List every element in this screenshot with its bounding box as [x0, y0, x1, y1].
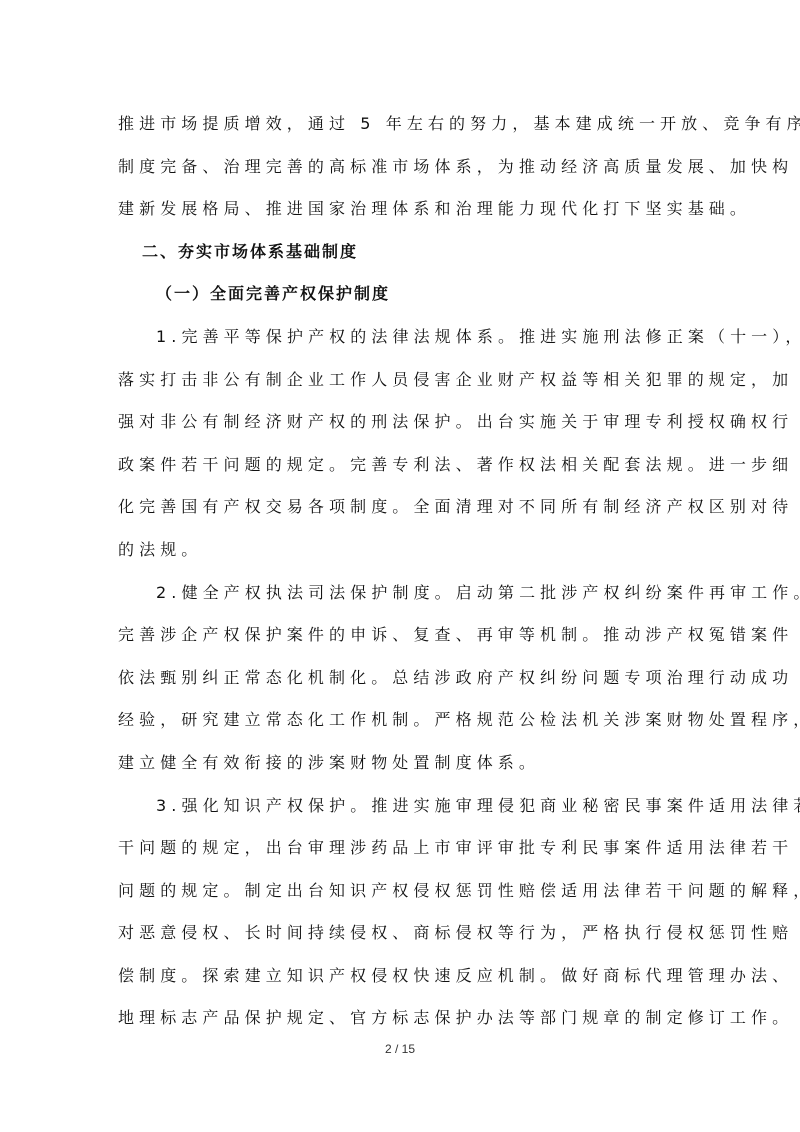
text-line: 对恶意侵权、长时间持续侵权、商标侵权等行为，严格执行侵权惩罚性赔 — [118, 912, 684, 955]
paragraph-intro-continued: 推进市场提质增效，通过 5 年左右的努力，基本建成统一开放、竞争有序、 制度完备… — [118, 103, 684, 231]
text-line: 问题的规定。制定出台知识产权侵权惩罚性赔偿适用法律若干问题的解释， — [118, 870, 684, 913]
page-number: 2 / 15 — [0, 1042, 800, 1056]
text-line: 偿制度。探索建立知识产权侵权快速反应机制。做好商标代理管理办法、 — [118, 955, 684, 998]
text-line: 强对非公有制经济财产权的刑法保护。出台实施关于审理专利授权确权行 — [118, 401, 684, 444]
text-line: 落实打击非公有制企业工作人员侵害企业财产权益等相关犯罪的规定，加 — [118, 359, 684, 402]
text-line: 推进市场提质增效，通过 5 年左右的努力，基本建成统一开放、竞争有序、 — [118, 103, 684, 146]
paragraph-item-2: 2.健全产权执法司法保护制度。启动第二批涉产权纠纷案件再审工作。 完善涉企产权保… — [118, 572, 684, 785]
subsection-heading-1: （一）全面完善产权保护制度 — [118, 273, 684, 316]
text-line: 干问题的规定，出台审理涉药品上市审评审批专利民事案件适用法律若干 — [118, 827, 684, 870]
paragraph-item-1: 1.完善平等保护产权的法律法规体系。推进实施刑法修正案（十一）， 落实打击非公有… — [118, 316, 684, 572]
section-heading-2: 二、夯实市场体系基础制度 — [118, 231, 684, 274]
document-page: 推进市场提质增效，通过 5 年左右的努力，基本建成统一开放、竞争有序、 制度完备… — [118, 103, 684, 1040]
text-line: 2.健全产权执法司法保护制度。启动第二批涉产权纠纷案件再审工作。 — [118, 572, 684, 615]
paragraph-item-3: 3.强化知识产权保护。推进实施审理侵犯商业秘密民事案件适用法律若 干问题的规定，… — [118, 785, 684, 1041]
text-line: 1.完善平等保护产权的法律法规体系。推进实施刑法修正案（十一）， — [118, 316, 684, 359]
text-line: 经验，研究建立常态化工作机制。严格规范公检法机关涉案财物处置程序， — [118, 699, 684, 742]
text-line: 化完善国有产权交易各项制度。全面清理对不同所有制经济产权区别对待 — [118, 486, 684, 529]
text-line: 制度完备、治理完善的高标准市场体系，为推动经济高质量发展、加快构 — [118, 146, 684, 189]
text-line: 的法规。 — [118, 529, 684, 572]
text-line: 建新发展格局、推进国家治理体系和治理能力现代化打下坚实基础。 — [118, 188, 684, 231]
text-line: 完善涉企产权保护案件的申诉、复查、再审等机制。推动涉产权冤错案件 — [118, 614, 684, 657]
text-line: 3.强化知识产权保护。推进实施审理侵犯商业秘密民事案件适用法律若 — [118, 785, 684, 828]
text-line: 依法甄别纠正常态化机制化。总结涉政府产权纠纷问题专项治理行动成功 — [118, 657, 684, 700]
text-line: 建立健全有效衔接的涉案财物处置制度体系。 — [118, 742, 684, 785]
text-line: 政案件若干问题的规定。完善专利法、著作权法相关配套法规。进一步细 — [118, 444, 684, 487]
text-line: 地理标志产品保护规定、官方标志保护办法等部门规章的制定修订工作。 — [118, 997, 684, 1040]
